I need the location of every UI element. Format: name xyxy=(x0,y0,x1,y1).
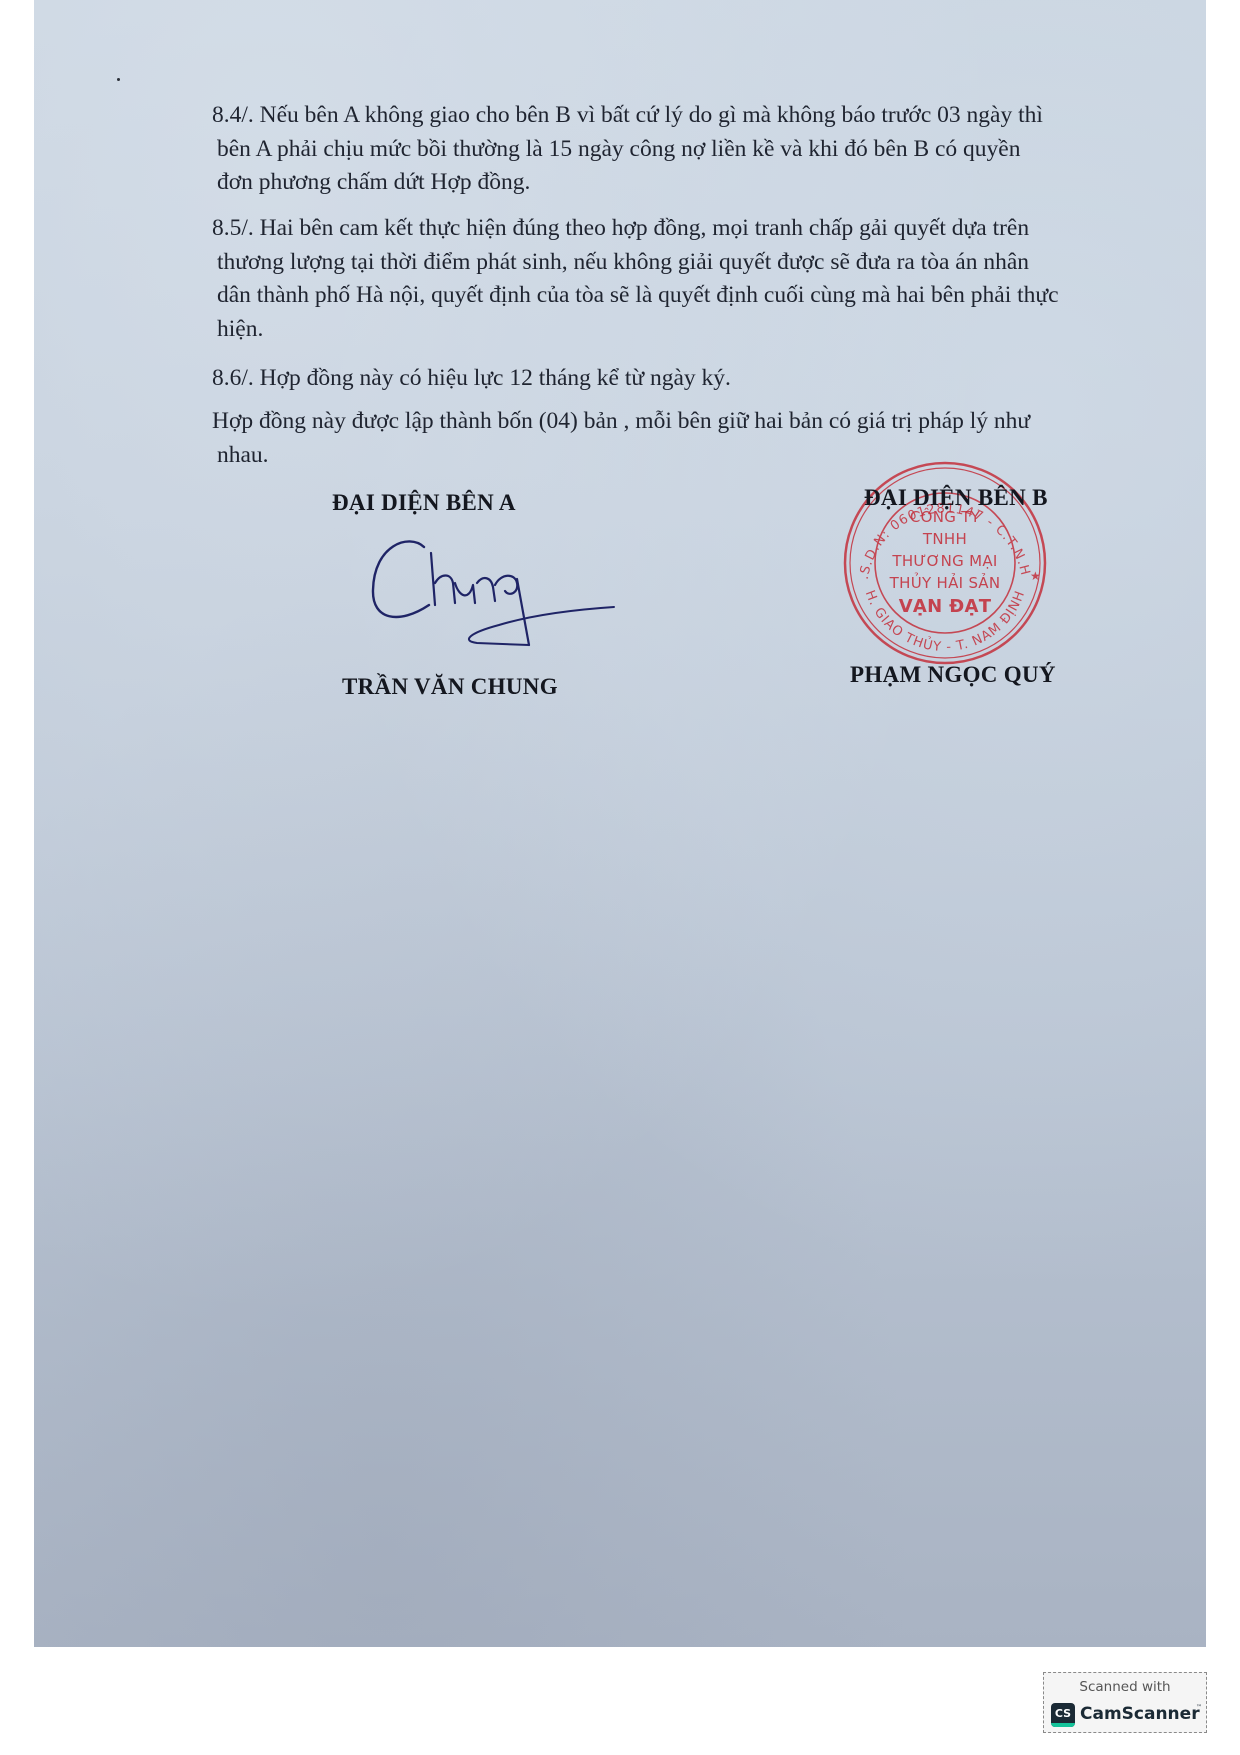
clause-8-4: 8.4/. Nếu bên A không giao cho bên B vì … xyxy=(212,99,1142,200)
clause-line: thương lượng tại thời điểm phát sinh, nế… xyxy=(212,246,1142,280)
clause-line: Hợp đồng này được lập thành bốn (04) bản… xyxy=(212,408,1030,434)
clause-line: hiện. xyxy=(212,313,1142,347)
party-a-heading: ĐẠI DIỆN BÊN A xyxy=(332,490,516,516)
paper-speck xyxy=(117,78,120,81)
clause-line: 8.4/. Nếu bên A không giao cho bên B vì … xyxy=(212,102,1043,128)
party-b-name: PHẠM NGỌC QUÝ xyxy=(850,662,1056,688)
clause-8-6: 8.6/. Hợp đồng này có hiệu lực 12 tháng … xyxy=(212,362,1142,396)
svg-text:M.S.D.N: 0601281147 - C.T.N.H.: M.S.D.N: 0601281147 - C.T.N.H.H xyxy=(840,458,1033,581)
party-a-name: TRẦN VĂN CHUNG xyxy=(342,674,558,700)
party-a-signature xyxy=(369,535,619,655)
clause-line: 8.6/. Hợp đồng này có hiệu lực 12 tháng … xyxy=(212,365,731,391)
watermark-caption: Scanned with xyxy=(1044,1679,1206,1695)
clause-line: 8.5/. Hai bên cam kết thực hiện đúng the… xyxy=(212,215,1029,241)
scanned-page: 8.4/. Nếu bên A không giao cho bên B vì … xyxy=(34,0,1206,1647)
camscanner-watermark: Scanned with CS CamScanner ™ xyxy=(1043,1672,1207,1733)
stamp-star-icon: ★ xyxy=(1030,569,1041,583)
watermark-brand: CamScanner xyxy=(1080,1704,1200,1724)
trademark-symbol: ™ xyxy=(1196,1704,1202,1711)
clause-line: dân thành phố Hà nội, quyết định của tòa… xyxy=(212,279,1142,313)
camscanner-logo-icon: CS xyxy=(1051,1703,1075,1727)
party-b-heading: ĐẠI DIỆN BÊN B xyxy=(864,485,1048,511)
clause-8-5: 8.5/. Hai bên cam kết thực hiện đúng the… xyxy=(212,212,1142,346)
clause-line: đơn phương chấm dứt Hợp đồng. xyxy=(212,166,1142,200)
clause-line: bên A phải chịu mức bồi thường là 15 ngà… xyxy=(212,133,1142,167)
stamp-ring-top-text: M.S.D.N: 0601281147 - C.T.N.H.H xyxy=(840,458,1033,581)
